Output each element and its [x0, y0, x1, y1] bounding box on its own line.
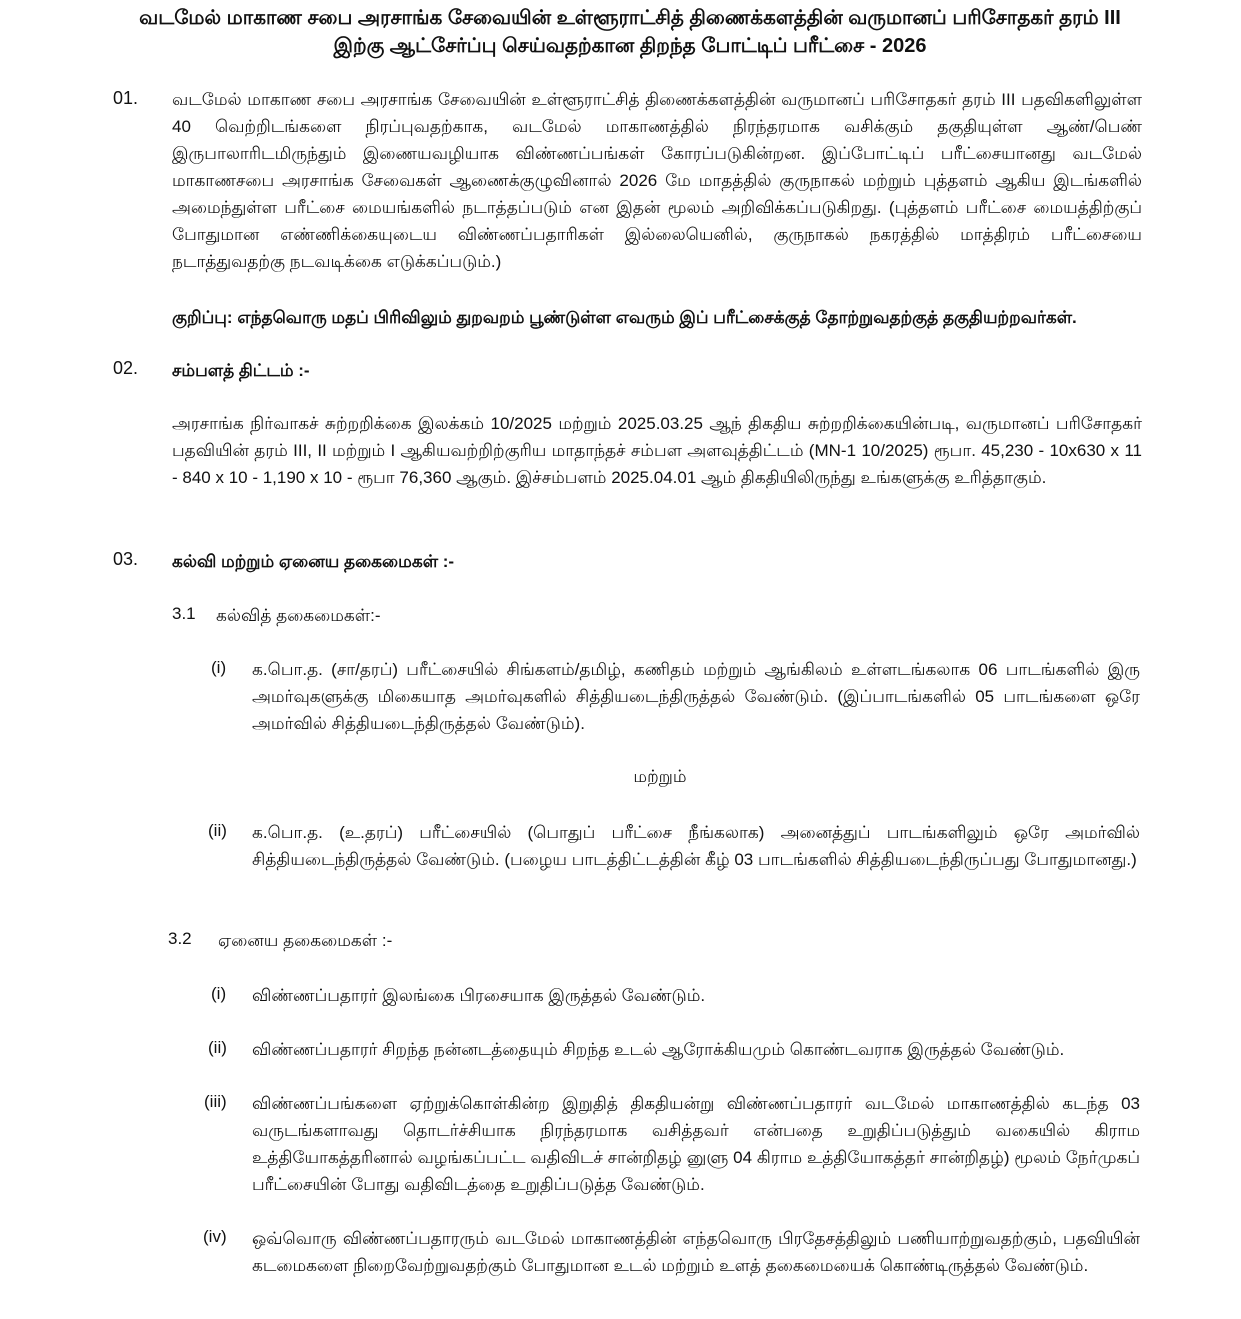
item-3-2-ii-text: விண்ணப்பதாரர் சிறந்த நன்னடத்தையும் சிறந்…: [252, 1036, 1140, 1063]
item-3-1-ii-label: (ii): [208, 821, 227, 841]
item-3-2-iv-label: (iv): [203, 1227, 227, 1247]
conjunction-text: மற்றும்: [160, 767, 1160, 789]
section-01-note: குறிப்பு: எந்தவொரு மதப் பிரிவிலும் துறவற…: [172, 304, 1147, 331]
section-02-heading: சம்பளத் திட்டம் :-: [172, 357, 772, 384]
subsection-3-1-heading: கல்வித் தகைமைகள்:-: [216, 602, 816, 629]
item-3-2-i-text: விண்ணப்பதாரர் இலங்கை பிரசையாக இருத்தல் வ…: [252, 982, 1140, 1009]
subsection-3-1-number: 3.1: [172, 604, 196, 624]
subsection-3-2-heading: ஏனைய தகைமைகள் :-: [218, 927, 818, 954]
section-02-number: 02.: [113, 358, 138, 379]
item-3-2-iii-label: (iii): [204, 1092, 227, 1112]
section-03-number: 03.: [113, 549, 138, 570]
document-title: வடமேல் மாகாண சபை அரசாங்க சேவையின் உள்ளூர…: [100, 4, 1160, 60]
item-3-1-i-label: (i): [211, 658, 226, 678]
section-01-text: வடமேல் மாகாண சபை அரசாங்க சேவையின் உள்ளூர…: [172, 86, 1142, 275]
item-3-2-iv-text: ஒவ்வொரு விண்ணப்பதாரரும் வடமேல் மாகாணத்தி…: [252, 1225, 1140, 1279]
title-line-2: இற்கு ஆட்சேர்ப்பு செய்வதற்கான திறந்த போட…: [100, 32, 1160, 60]
subsection-3-2-number: 3.2: [168, 929, 192, 949]
item-3-2-i-label: (i): [211, 984, 226, 1004]
item-3-2-ii-label: (ii): [208, 1038, 227, 1058]
section-01-number: 01.: [113, 88, 138, 109]
item-3-1-ii-text: க.பொ.த. (உ.தரப்) பரீட்சையில் (பொதுப் பரீ…: [252, 819, 1140, 873]
section-02-text: அரசாங்க நிர்வாகச் சுற்றறிக்கை இலக்கம் 10…: [172, 410, 1142, 491]
item-3-1-i-text: க.பொ.த. (சா/தரப்) பரீட்சையில் சிங்களம்/த…: [252, 656, 1140, 737]
title-line-1: வடமேல் மாகாண சபை அரசாங்க சேவையின் உள்ளூர…: [100, 4, 1160, 32]
item-3-2-iii-text: விண்ணப்பங்களை ஏற்றுக்கொள்கின்ற இறுதித் த…: [252, 1090, 1140, 1198]
section-03-heading: கல்வி மற்றும் ஏனைய தகைமைகள் :-: [172, 548, 772, 575]
